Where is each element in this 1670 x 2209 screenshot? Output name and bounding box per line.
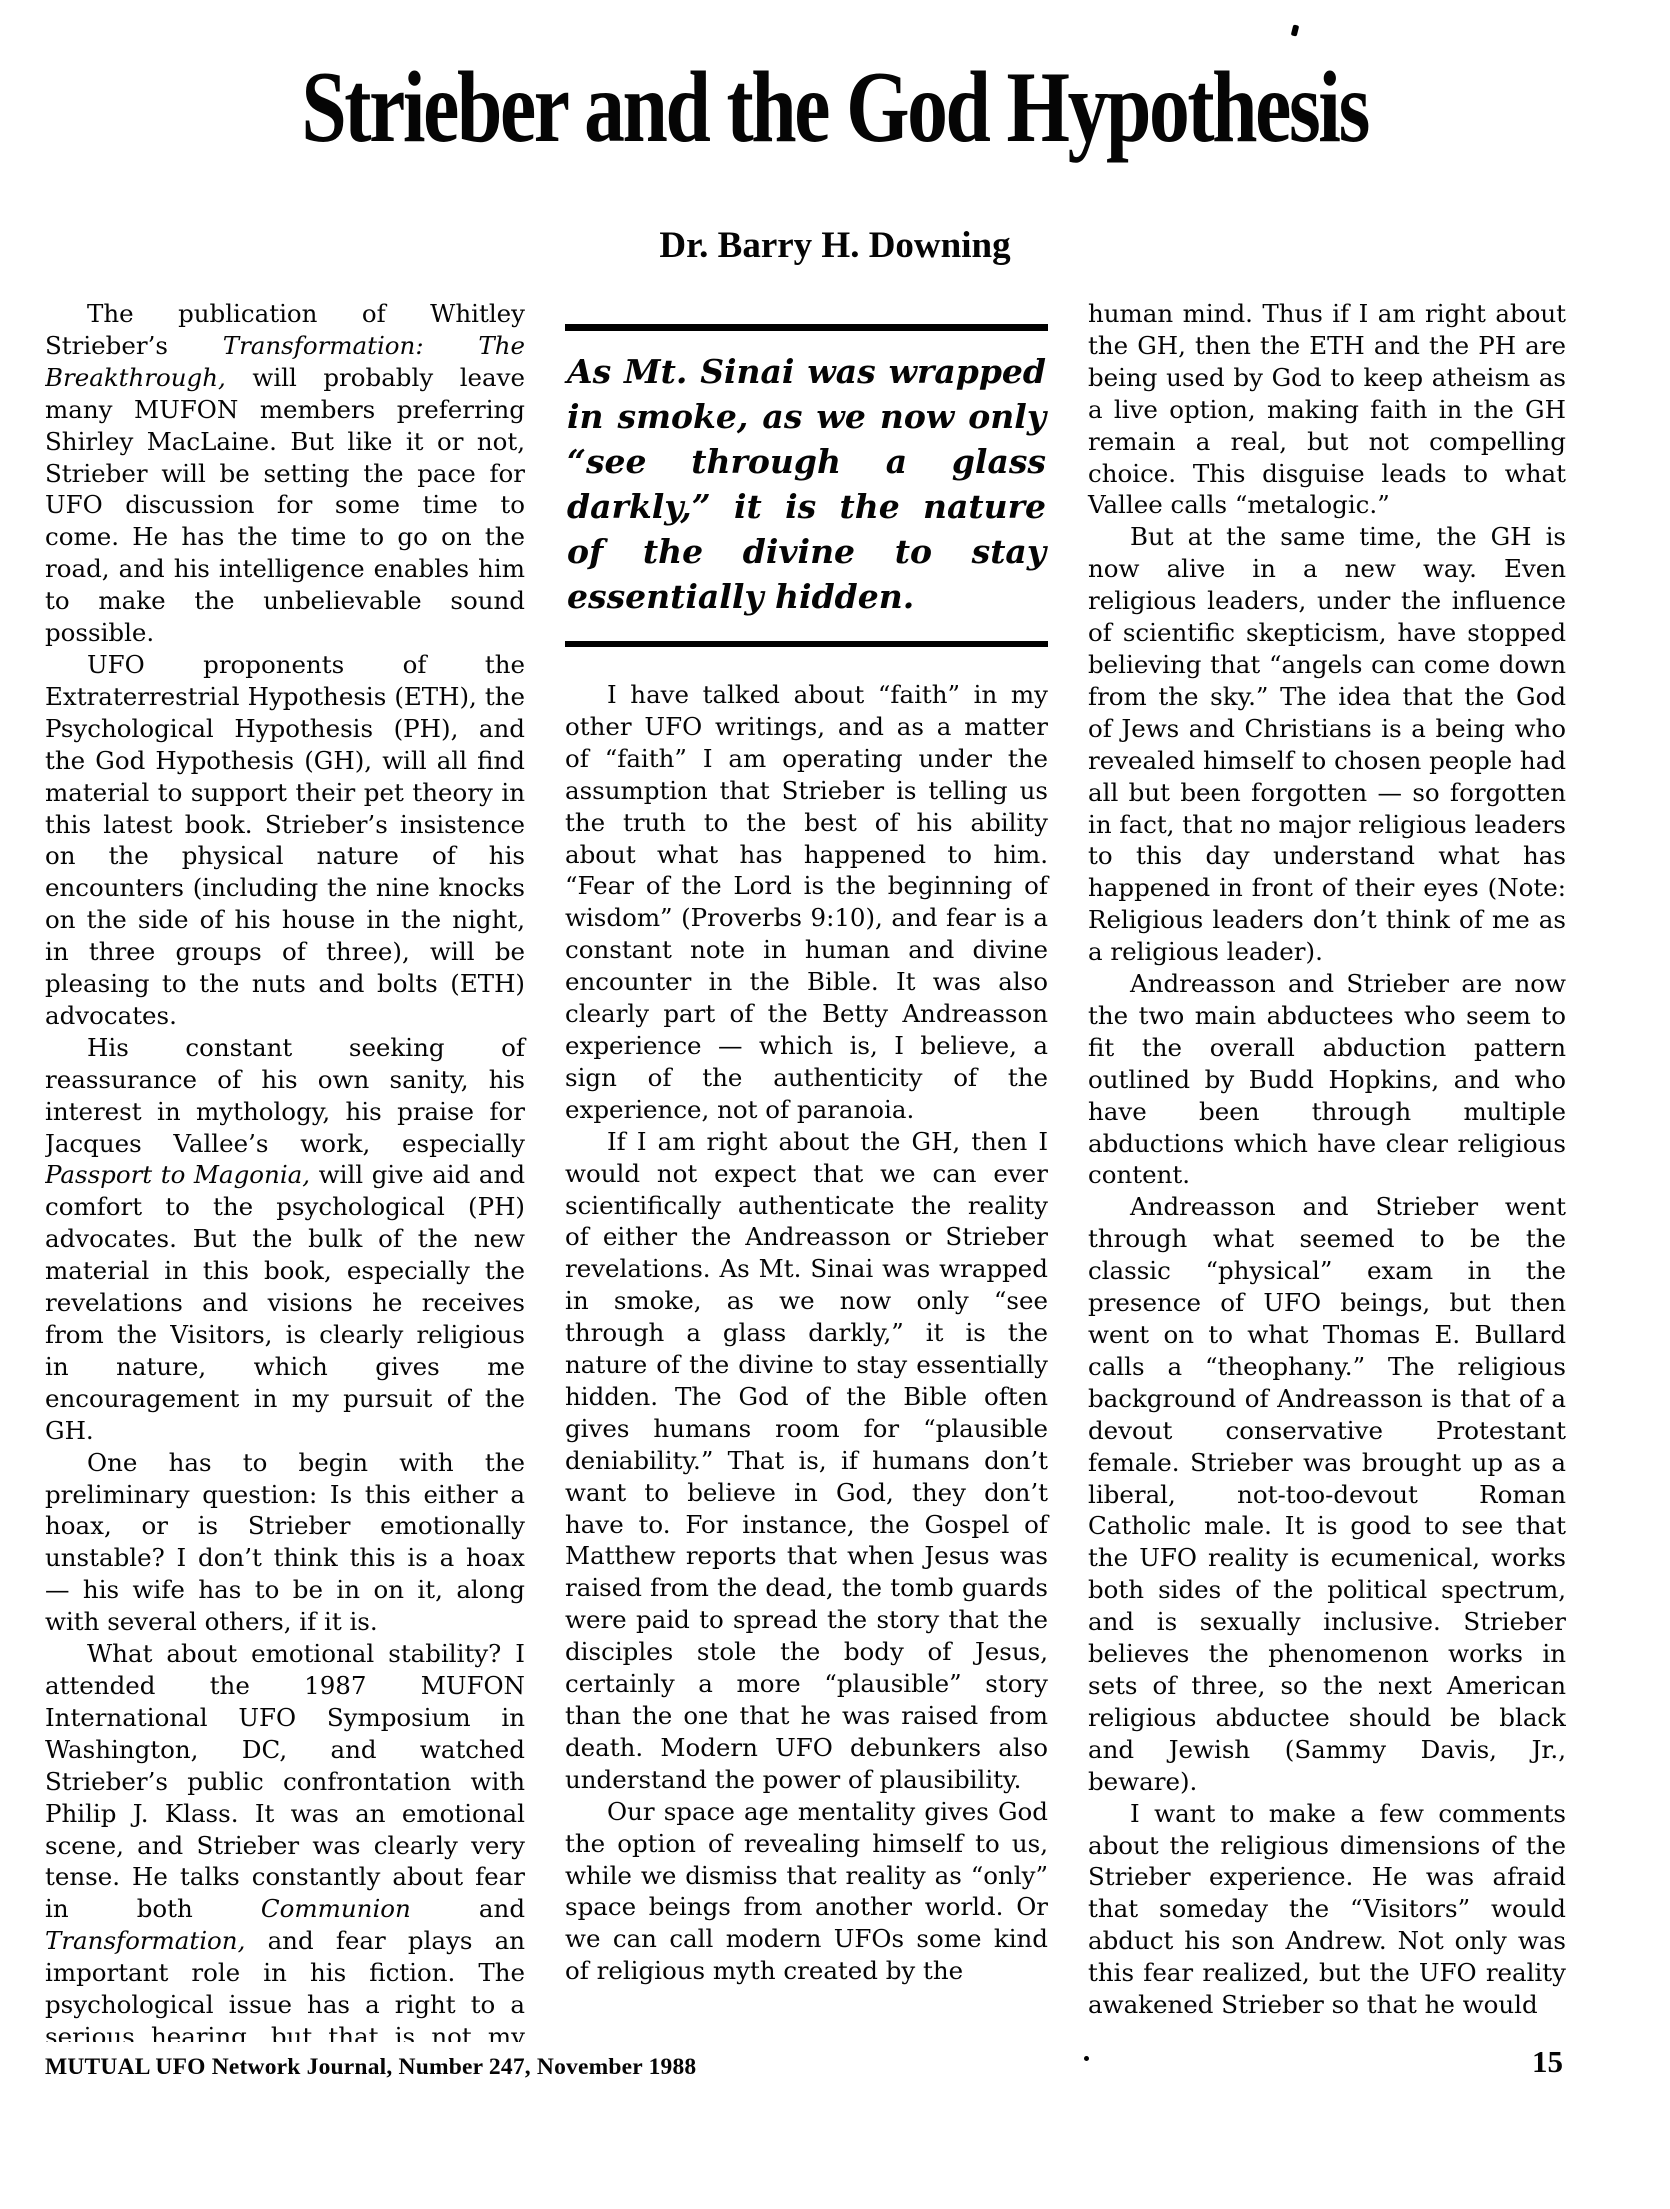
- magazine-page: Strieber and the God Hypothesis Dr. Barr…: [0, 0, 1670, 2209]
- paragraph: One has to begin with the preliminary qu…: [45, 1447, 525, 1638]
- paragraph: I want to make a few comments about the …: [1088, 1798, 1566, 2021]
- paragraph: human mind. Thus if I am right about the…: [1088, 298, 1566, 521]
- column-middle: As Mt. Sinai was wrapped in smoke, as we…: [565, 298, 1048, 2042]
- article-title: Strieber and the God Hypothesis: [0, 52, 1670, 164]
- scan-speck: [1084, 2056, 1089, 2061]
- paragraph: Andreasson and Strieber went through wha…: [1088, 1191, 1566, 1797]
- journal-footer: MUTUAL UFO Network Journal, Number 247, …: [45, 2054, 696, 2081]
- article-body: The publication of Whitley Strieber’s Tr…: [45, 298, 1566, 2042]
- paragraph: The publication of Whitley Strieber’s Tr…: [45, 298, 525, 649]
- column-right: human mind. Thus if I am right about the…: [1088, 298, 1566, 2042]
- pull-quote: As Mt. Sinai was wrapped in smoke, as we…: [565, 324, 1048, 647]
- paragraph: Our space age mentality gives God the op…: [565, 1796, 1048, 1987]
- column-left: The publication of Whitley Strieber’s Tr…: [45, 298, 525, 2042]
- paragraph: If I am right about the GH, then I would…: [565, 1126, 1048, 1796]
- paragraph: I have talked about “faith” in my other …: [565, 679, 1048, 1126]
- paragraph: His constant seeking of reassurance of h…: [45, 1032, 525, 1447]
- page-number: 15: [1532, 2044, 1563, 2080]
- scan-speck: [1291, 24, 1299, 36]
- paragraph: UFO proponents of the Extraterrestrial H…: [45, 649, 525, 1032]
- article-title-text: Strieber and the God Hypothesis: [302, 52, 1369, 164]
- article-byline: Dr. Barry H. Downing: [0, 224, 1670, 267]
- paragraph: Andreasson and Strieber are now the two …: [1088, 968, 1566, 1191]
- column-middle-text: I have talked about “faith” in my other …: [565, 679, 1048, 1987]
- paragraph: What about emotional stability? I attend…: [45, 1638, 525, 2042]
- paragraph: But at the same time, the GH is now aliv…: [1088, 521, 1566, 968]
